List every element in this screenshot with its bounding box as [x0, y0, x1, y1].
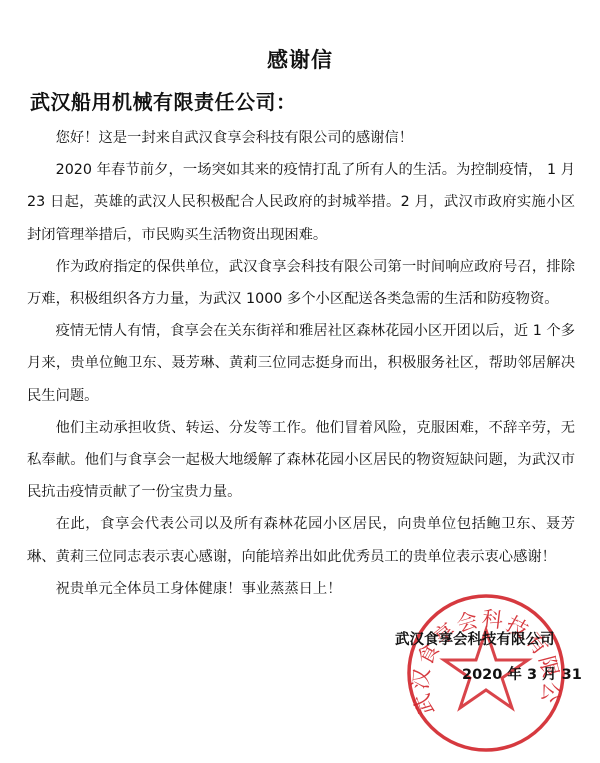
paragraph-supply: 作为政府指定的保供单位，武汉食享会科技有限公司第一时间响应政府号召，排除万难，积…: [27, 251, 575, 315]
letter-body: 您好！这是一封来自武汉食享会科技有限公司的感谢信！ 2020 年春节前夕，一场突…: [27, 122, 575, 605]
paragraph-greeting: 您好！这是一封来自武汉食享会科技有限公司的感谢信！: [27, 122, 575, 154]
signature-date: 2020 年 3 月 31: [462, 663, 582, 684]
paragraph-work: 他们主动承担收货、转运、分发等工作。他们冒着风险，克服困难，不辞辛劳，无私奉献。…: [27, 412, 575, 509]
letter-recipient: 武汉船用机械有限责任公司：: [30, 86, 297, 115]
signature-company: 武汉食享会科技有限公司: [395, 628, 555, 649]
paragraph-volunteers: 疫情无情人有情，食享会在关东街祥和雅居社区森林花园小区开团以后，近 1 个多月来…: [27, 315, 575, 412]
paragraph-background: 2020 年春节前夕，一场突如其来的疫情打乱了所有人的生活。为控制疫情， 1 月…: [27, 154, 575, 251]
paragraph-wishes: 祝贵单元全体员工身体健康！事业蒸蒸日上！: [27, 573, 575, 605]
seal-text: 武汉食享会科技有限公司: [405, 592, 564, 718]
letter-title: 感谢信: [0, 44, 600, 74]
svg-text:武汉食享会科技有限公司: 武汉食享会科技有限公司: [405, 592, 564, 718]
paragraph-thanks: 在此，食享会代表公司以及所有森林花园小区居民，向贵单位包括鲍卫东、聂芳琳、黄莉三…: [27, 508, 575, 572]
